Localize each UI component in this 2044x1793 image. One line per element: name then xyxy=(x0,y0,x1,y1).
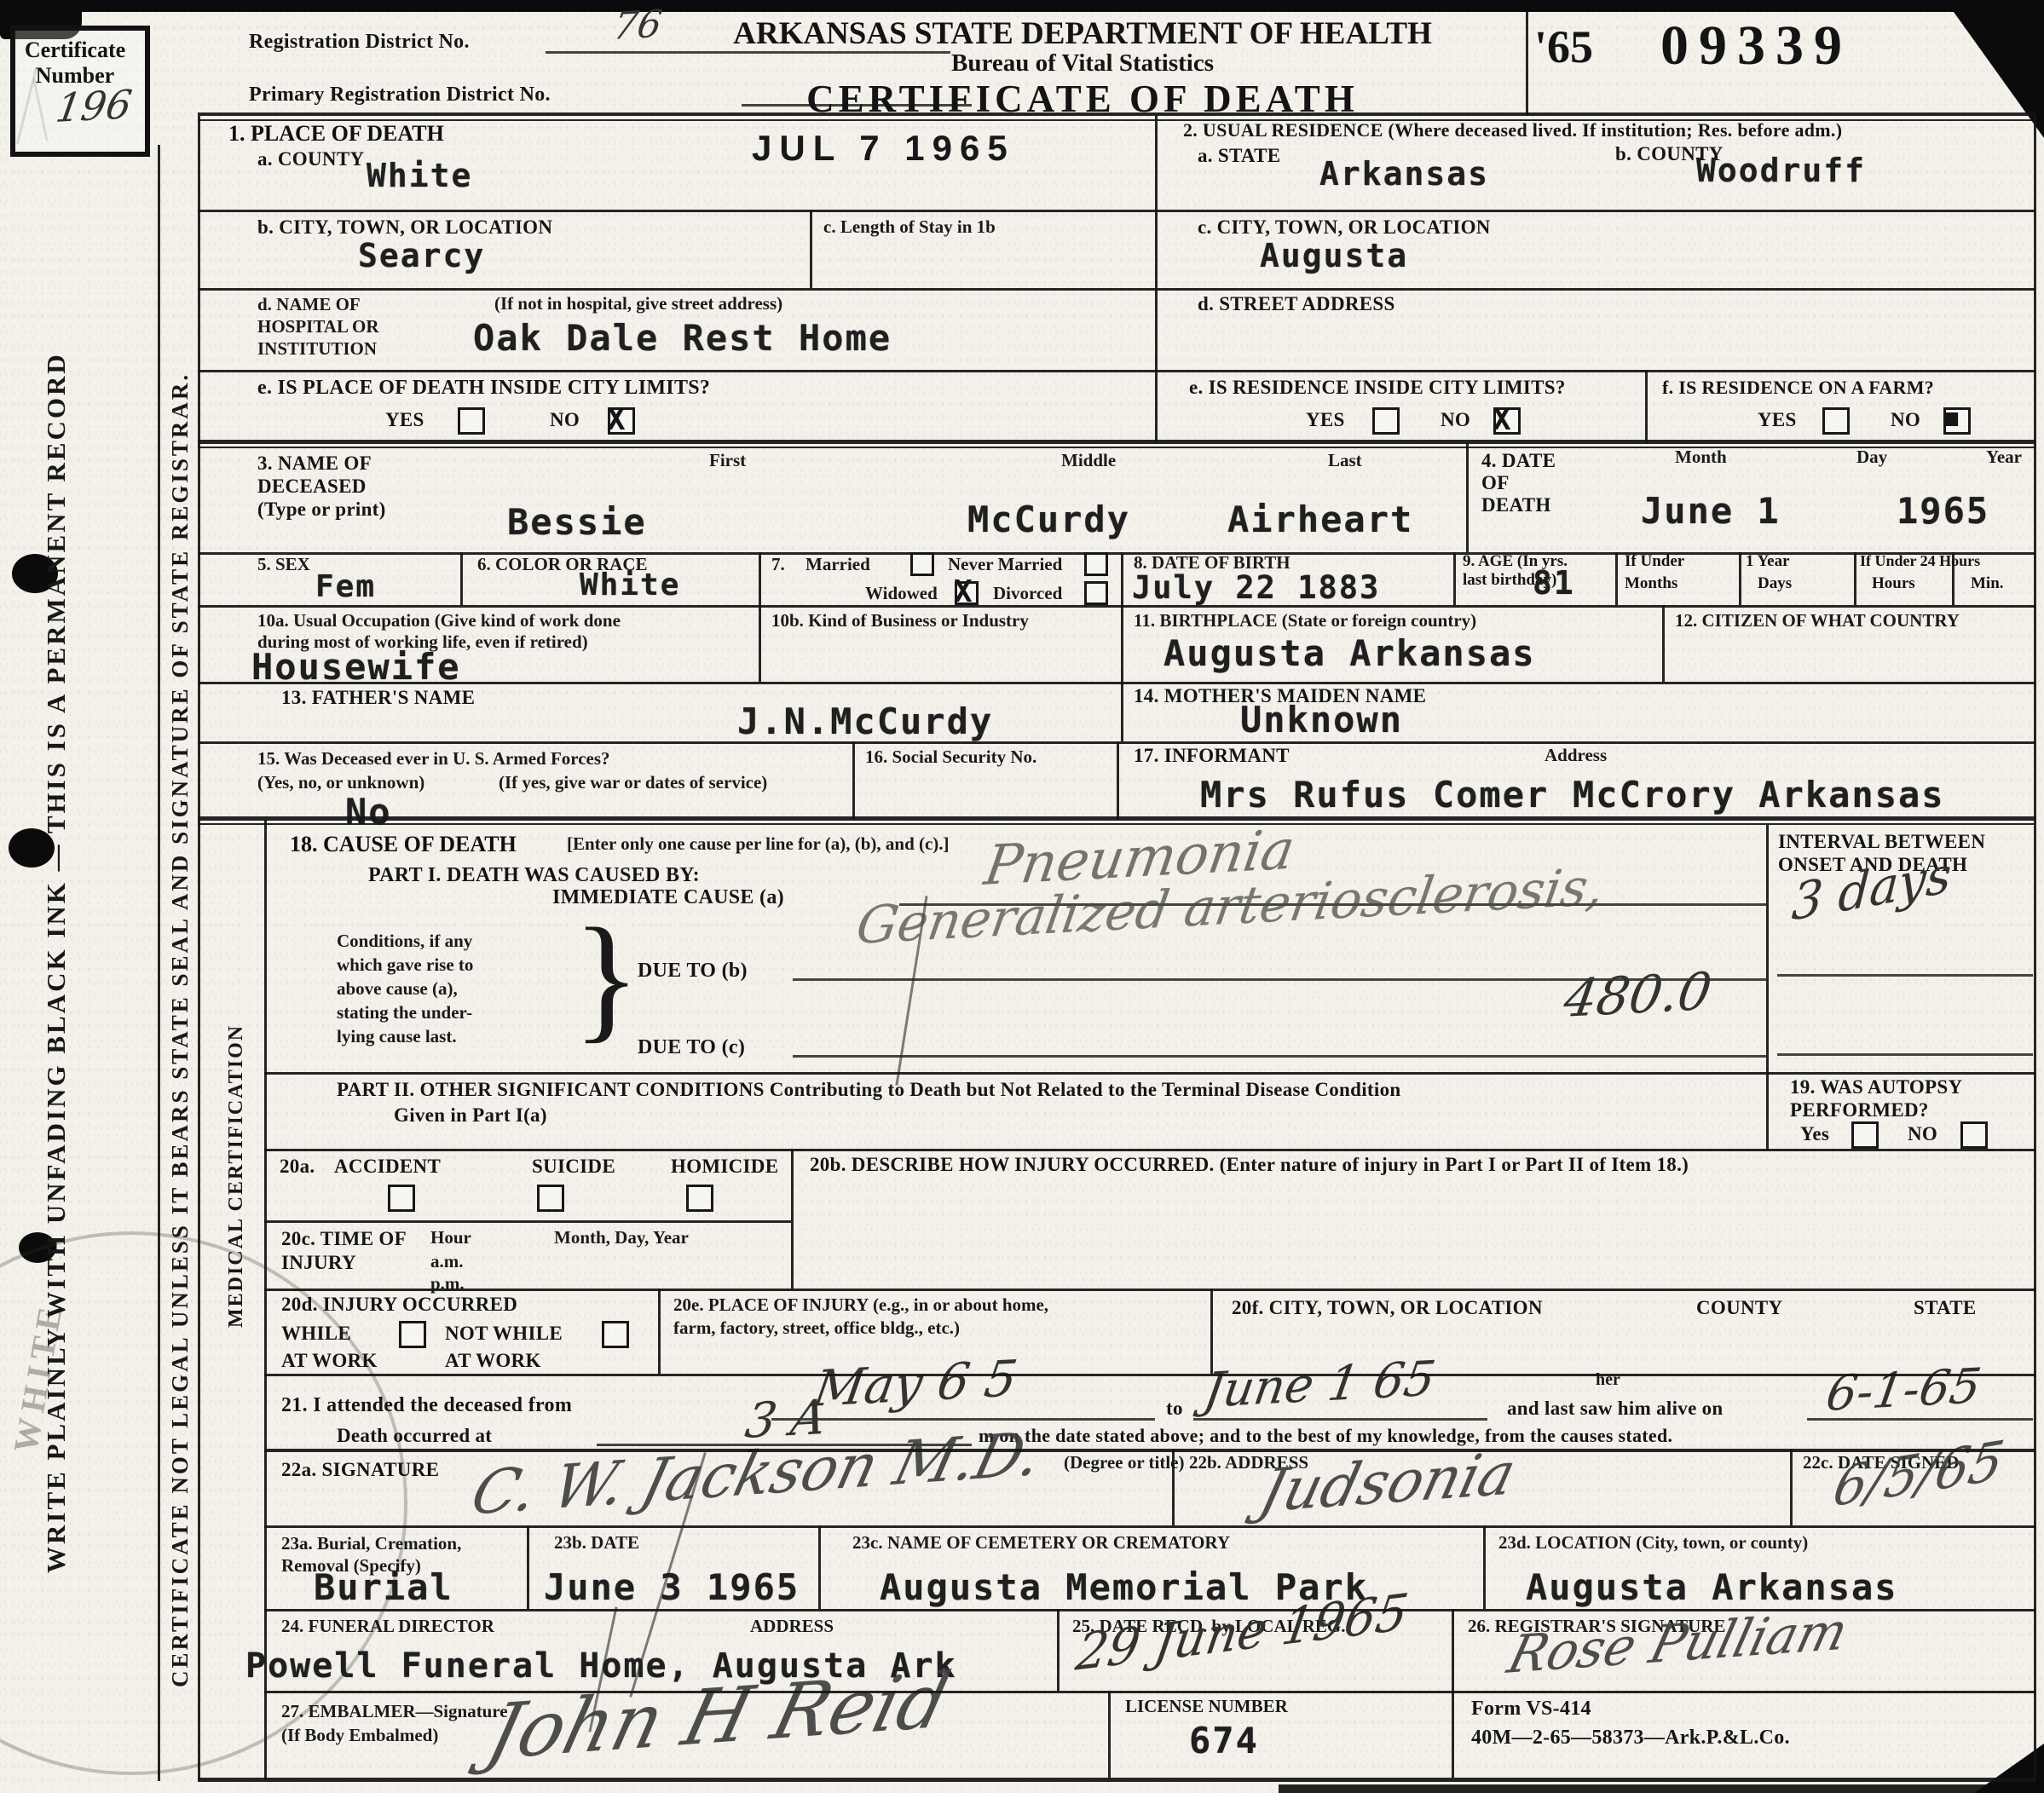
armed-forces-value: No xyxy=(345,791,392,833)
rule-line xyxy=(264,1449,2035,1452)
rule-line xyxy=(1645,370,1648,443)
file-year: '65 xyxy=(1534,20,1593,73)
autopsy-yes-label: Yes xyxy=(1800,1123,1829,1145)
place-of-injury-label: 20e. PLACE OF INJURY (e.g., in or about … xyxy=(673,1294,1048,1340)
rule-line xyxy=(158,145,160,1781)
married-label: Married xyxy=(805,554,870,575)
date-of-death-label: 4. DATE OF DEATH xyxy=(1481,450,1556,516)
registration-district-label: Registration District No. xyxy=(249,31,470,54)
dob-value: July 22 1883 xyxy=(1132,569,1380,606)
blank-line xyxy=(1193,1418,1487,1421)
birthplace-label: 11. BIRTHPLACE (State or foreign country… xyxy=(1134,610,1476,631)
injury-state-label: STATE xyxy=(1914,1297,1977,1319)
under-year-label-2: 1 Year xyxy=(1746,552,1790,571)
married-checkbox xyxy=(910,552,934,576)
days-label: Days xyxy=(1758,574,1792,593)
pod-county-value: White xyxy=(367,157,472,194)
street-address-label: d. STREET ADDRESS xyxy=(1198,293,1395,315)
residence-city-value: Augusta xyxy=(1260,237,1408,274)
disposition-type-value: Burial xyxy=(314,1566,453,1608)
rule-line xyxy=(1452,1609,1454,1691)
rule-line xyxy=(198,112,2035,116)
checkbox-x-mark: X xyxy=(607,402,626,437)
form-print-code: 40M—2-65—58373—Ark.P.&L.Co. xyxy=(1471,1727,1790,1750)
rule-line xyxy=(2034,116,2036,1780)
father-name-value: J.N.McCurdy xyxy=(737,700,993,742)
dod-year-header: Year xyxy=(1986,447,2022,468)
time-of-injury-label: 20c. TIME OF INJURY xyxy=(281,1227,407,1275)
first-name-value: Bessie xyxy=(507,501,647,543)
blank-line xyxy=(1777,1053,2033,1056)
birthplace-value: Augusta Arkansas xyxy=(1163,632,1536,674)
farm-yes-label: YES xyxy=(1758,409,1797,431)
residence-city-label: c. CITY, TOWN, OR LOCATION xyxy=(1198,216,1491,239)
pod-limits-no-checkbox: X xyxy=(608,407,635,435)
armed-forces-sub: (Yes, no, or unknown) xyxy=(257,772,424,793)
rule-line xyxy=(264,1149,2035,1151)
checkbox-filled-mark: ■ xyxy=(1944,405,1958,431)
blank-line xyxy=(771,1418,1155,1421)
rule-line xyxy=(198,823,2035,825)
homicide-checkbox xyxy=(686,1185,713,1212)
rule-line xyxy=(1121,605,1123,682)
autopsy-no-label: NO xyxy=(1908,1123,1937,1145)
hour-label: Hour xyxy=(430,1227,471,1248)
middle-name-value: McCurdy xyxy=(967,499,1130,540)
dod-value: June 1 xyxy=(1641,490,1781,532)
residence-section-label: 2. USUAL RESIDENCE (Where deceased lived… xyxy=(1183,119,1842,141)
rule-line xyxy=(1121,682,1123,741)
month-day-year-label: Month, Day, Year xyxy=(554,1227,689,1248)
while-label: WHILE xyxy=(281,1323,351,1345)
due-to-c-label: DUE TO (c) xyxy=(638,1036,745,1059)
sex-value: Fem xyxy=(315,569,376,604)
first-name-header: First xyxy=(709,450,746,471)
rule-line xyxy=(264,1691,2035,1693)
father-name-label: 13. FATHER'S NAME xyxy=(281,687,475,709)
residence-state-value: Arkansas xyxy=(1319,155,1489,193)
last-name-value: Airheart xyxy=(1227,499,1413,540)
widowed-checkbox: X xyxy=(955,581,979,605)
certificate-number-value: 196 xyxy=(53,81,135,131)
rule-line xyxy=(1057,1609,1060,1691)
rule-line xyxy=(198,605,2035,608)
injury-location-label: 20f. CITY, TOWN, OR LOCATION xyxy=(1232,1297,1543,1319)
brace-glyph: } xyxy=(573,914,640,1041)
pod-yes-label: YES xyxy=(385,409,424,431)
rule-line xyxy=(1766,825,1769,1150)
accident-checkbox xyxy=(388,1185,415,1212)
blank-line xyxy=(1777,974,2033,977)
autopsy-label: 19. WAS AUTOPSY PERFORMED? xyxy=(1790,1075,1962,1121)
embalmer-sub-label: (If Body Embalmed) xyxy=(281,1725,438,1746)
rule-line xyxy=(1210,1289,1213,1374)
file-number: 09339 xyxy=(1660,14,1852,78)
medical-certification-label: MEDICAL CERTIFICATION xyxy=(225,903,248,1449)
primary-district-label: Primary Registration District No. xyxy=(249,84,551,107)
disposition-date-label: 23b. DATE xyxy=(554,1532,639,1554)
signature-label: 22a. SIGNATURE xyxy=(281,1459,439,1481)
registration-district-value: 76 xyxy=(610,3,665,49)
under-year-label-1: If Under xyxy=(1625,552,1684,571)
rule-line xyxy=(1662,605,1665,682)
bureau-subtitle: Bureau of Vital Statistics xyxy=(673,49,1492,78)
residence-limits-label: e. IS RESIDENCE INSIDE CITY LIMITS? xyxy=(1189,377,1566,399)
am-label: a.m. xyxy=(430,1251,464,1272)
dod-year-value: 1965 xyxy=(1897,490,1989,532)
rule-line xyxy=(1526,12,1528,116)
informant-value: Mrs Rufus Comer xyxy=(1200,774,1549,816)
armed-forces-label: 15. Was Deceased ever in U. S. Armed For… xyxy=(257,748,610,770)
farm-no-label: NO xyxy=(1891,409,1920,431)
last-saw-value: 6-1-65 xyxy=(1822,1358,1985,1422)
farm-label: f. IS RESIDENCE ON A FARM? xyxy=(1662,377,1934,399)
pod-city-value: Searcy xyxy=(358,237,485,274)
business-label: 10b. Kind of Business or Industry xyxy=(771,610,1029,631)
sex-label: 5. SEX xyxy=(257,554,310,575)
rule-line xyxy=(1121,552,1123,605)
dod-day-header: Day xyxy=(1856,447,1887,468)
rule-line xyxy=(264,1525,2035,1528)
part2-sub: Given in Part I(a) xyxy=(394,1104,547,1127)
informant-address-value: McCrory Arkansas xyxy=(1573,774,1945,816)
pod-limits-yes-checkbox xyxy=(458,407,485,435)
hospital-hint: (If not in hospital, give street address… xyxy=(494,293,782,314)
rule-line xyxy=(818,1525,821,1609)
residence-no-label: NO xyxy=(1441,409,1470,431)
license-number-value: 674 xyxy=(1189,1720,1259,1761)
rule-line xyxy=(198,370,2035,372)
rule-line xyxy=(1172,1449,1175,1525)
rule-line xyxy=(198,447,2035,448)
rule-line xyxy=(1790,1449,1793,1525)
informant-address-header: Address xyxy=(1545,745,1607,766)
rule-line xyxy=(1453,552,1456,605)
ssn-label: 16. Social Security No. xyxy=(865,747,1036,768)
department-title: ARKANSAS STATE DEPARTMENT OF HEALTH xyxy=(673,15,1492,52)
scan-corner-top-right xyxy=(1945,0,2044,138)
funeral-address-label: ADDRESS xyxy=(750,1616,834,1637)
rule-line xyxy=(810,210,812,288)
under-24-label: If Under 24 Hours xyxy=(1860,552,1980,570)
mother-name-value: Unknown xyxy=(1240,699,1403,741)
rule-line xyxy=(1117,741,1119,820)
stay-length-label: c. Length of Stay in 1b xyxy=(823,216,996,238)
cemetery-label: 23c. NAME OF CEMETERY OR CREMATORY xyxy=(852,1532,1230,1554)
at-work-label: AT WORK xyxy=(281,1350,378,1372)
icd-code-value: 480.0 xyxy=(1560,961,1716,1029)
middle-name-header: Middle xyxy=(1061,450,1116,471)
pm-label: p.m. xyxy=(430,1273,465,1294)
cause-of-death-note: [Enter only one cause per line for (a), … xyxy=(567,833,950,855)
rule-line xyxy=(198,119,2035,121)
injury-county-label: COUNTY xyxy=(1696,1297,1782,1319)
hospital-label: d. NAME OF HOSPITAL OR INSTITUTION xyxy=(257,293,379,360)
autopsy-yes-checkbox xyxy=(1851,1121,1879,1149)
residence-state-label: a. STATE xyxy=(1198,145,1280,167)
death-certificate-scan: WHITE Certificate Number 196 WRITE PLAIN… xyxy=(0,0,2044,1793)
death-occurred-suffix: m on the date stated above; and to the b… xyxy=(979,1425,1672,1447)
not-while-at-work-checkbox xyxy=(602,1321,629,1348)
rule-line xyxy=(1452,1691,1454,1778)
rule-line xyxy=(198,682,2035,684)
degree-title-label: (Degree or title) xyxy=(1064,1452,1184,1473)
suicide-label: SUICIDE xyxy=(532,1156,615,1178)
rule-line xyxy=(264,1374,2035,1376)
residence-county-value: Woodruff xyxy=(1696,152,1866,189)
citizen-label: 12. CITIZEN OF WHAT COUNTRY xyxy=(1675,610,1960,631)
farm-yes-checkbox xyxy=(1822,407,1850,435)
funeral-director-label: 24. FUNERAL DIRECTOR xyxy=(281,1616,494,1637)
margin-note-permanent: WRITE PLAINLY WITH UNFADING BLACK INK — … xyxy=(41,213,72,1713)
rule-line xyxy=(264,1220,791,1223)
rule-line xyxy=(1739,552,1741,605)
place-of-death-label: 1. PLACE OF DEATH xyxy=(228,121,444,147)
part2-label: PART II. OTHER SIGNIFICANT CONDITIONS Co… xyxy=(337,1079,1400,1101)
rule-line xyxy=(264,1072,2035,1075)
rule-line xyxy=(198,116,200,1780)
hospital-value: Oak Dale Rest Home xyxy=(473,317,892,359)
describe-injury-label: 20b. DESCRIBE HOW INJURY OCCURRED. (Ente… xyxy=(810,1154,1689,1176)
injury-occurred-label: 20d. INJURY OCCURRED xyxy=(281,1294,517,1316)
homicide-label: HOMICIDE xyxy=(671,1156,778,1178)
part1-label: PART I. DEATH WAS CAUSED BY: xyxy=(368,864,700,887)
attended-to-value: June 1 65 xyxy=(1200,1351,1439,1419)
injury-item-no: 20a. xyxy=(280,1156,315,1178)
rule-line xyxy=(264,1289,2035,1291)
divorced-label: Divorced xyxy=(993,583,1062,604)
rule-line xyxy=(198,552,2035,555)
rule-line xyxy=(198,210,2035,212)
residence-limits-yes-checkbox xyxy=(1372,407,1400,435)
attended-from-value: May 6 5 xyxy=(810,1349,1021,1418)
last-saw-label: and last saw him alive on xyxy=(1507,1398,1724,1420)
date-signed-value: 6/5/65 xyxy=(1828,1428,2009,1519)
never-married-checkbox xyxy=(1084,552,1108,576)
margin-note-not-legal: CERTIFICATE NOT LEGAL UNLESS IT BEARS ST… xyxy=(167,281,193,1778)
informant-label: 17. INFORMANT xyxy=(1134,745,1290,767)
pod-county-label: a. COUNTY xyxy=(257,148,364,170)
rule-line xyxy=(759,605,761,682)
due-to-b-label: DUE TO (b) xyxy=(638,960,748,983)
rule-line xyxy=(264,820,267,1780)
conditions-note: Conditions, if any which gave rise to ab… xyxy=(337,929,473,1048)
rule-line xyxy=(791,1149,794,1289)
rule-line xyxy=(1615,552,1618,605)
scan-edge-bottom xyxy=(1279,1784,2044,1793)
hours-label: Hours xyxy=(1872,574,1915,593)
age-value: 81 xyxy=(1533,564,1575,602)
to-label: to xyxy=(1166,1398,1183,1420)
embalmer-label: 27. EMBALMER—Signature xyxy=(281,1701,508,1722)
rule-line xyxy=(1952,552,1955,605)
rule-line xyxy=(1466,443,1469,552)
race-value: White xyxy=(580,568,680,602)
rule-line xyxy=(658,1289,661,1374)
checkbox-x-mark: X xyxy=(954,574,973,609)
pod-city-label: b. CITY, TOWN, OR LOCATION xyxy=(257,216,552,239)
cause-of-death-label: 18. CAUSE OF DEATH xyxy=(290,832,517,857)
rule-line xyxy=(264,1609,2035,1611)
registrar-signature-value: Rose Pulliam xyxy=(1502,1601,1854,1686)
blank-line xyxy=(793,1055,1766,1058)
residence-limits-no-checkbox: X xyxy=(1493,407,1521,435)
not-while-label: NOT WHILE xyxy=(445,1323,563,1345)
rule-line xyxy=(1483,1525,1486,1609)
license-number-label: LICENSE NUMBER xyxy=(1125,1696,1288,1717)
dod-month-header: Month xyxy=(1675,447,1727,468)
rule-line xyxy=(527,1525,529,1609)
checkbox-x-mark: X xyxy=(1493,402,1511,437)
rule-line xyxy=(852,741,855,820)
armed-forces-hint: (If yes, give war or dates of service) xyxy=(499,772,767,793)
deceased-name-label: 3. NAME OF DECEASED (Type or print) xyxy=(257,452,386,521)
death-occurred-label: Death occurred at xyxy=(337,1425,492,1447)
last-name-header: Last xyxy=(1328,450,1362,471)
months-label: Months xyxy=(1625,574,1677,593)
min-label: Min. xyxy=(1971,574,2004,593)
widowed-label: Widowed xyxy=(865,583,938,604)
divorced-checkbox xyxy=(1084,581,1108,605)
suicide-checkbox xyxy=(537,1185,564,1212)
residence-yes-label: YES xyxy=(1306,409,1345,431)
at-work-label: AT WORK xyxy=(445,1350,541,1372)
never-married-label: Never Married xyxy=(948,554,1062,575)
disposition-date-value: June 3 1965 xyxy=(544,1566,800,1608)
form-code: Form VS-414 xyxy=(1471,1698,1591,1721)
rule-line xyxy=(759,552,761,605)
rule-line xyxy=(1155,116,1158,443)
disposition-location-label: 23d. LOCATION (City, town, or county) xyxy=(1498,1532,1808,1554)
rule-line xyxy=(1108,1691,1111,1778)
pod-city-limits-label: e. IS PLACE OF DEATH INSIDE CITY LIMITS? xyxy=(257,377,710,400)
autopsy-no-checkbox xyxy=(1960,1121,1988,1149)
rule-line xyxy=(198,288,2035,291)
pod-no-label: NO xyxy=(550,409,580,431)
rule-line xyxy=(198,440,2035,444)
scan-edge-top xyxy=(0,0,2044,12)
rule-line xyxy=(198,1778,2035,1782)
while-at-work-checkbox xyxy=(399,1321,426,1348)
farm-no-checkbox: ■ xyxy=(1943,407,1971,435)
rule-line xyxy=(1854,552,1856,605)
marital-item-no: 7. xyxy=(771,554,785,575)
attended-label: 21. I attended the deceased from xyxy=(281,1394,572,1417)
accident-label: ACCIDENT xyxy=(334,1156,441,1178)
rule-line xyxy=(460,552,463,605)
received-date-stamp: JUL 7 1965 xyxy=(752,128,1015,169)
